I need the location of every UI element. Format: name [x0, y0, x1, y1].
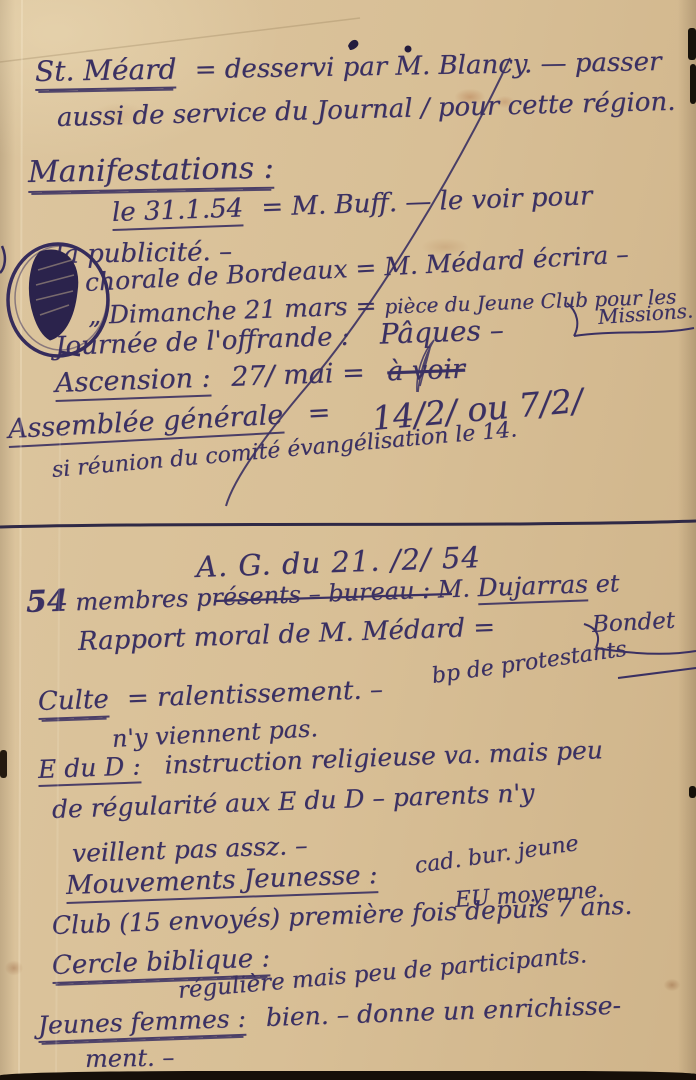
section-divider-line	[0, 521, 696, 527]
note-line-st-meard: St. Méard = desservi par M. Blancy. — pa…	[35, 45, 662, 89]
secretary-name: Dujarras	[477, 569, 588, 605]
note-culte-annotation: bp de protestants	[430, 637, 628, 689]
secretary-name-2: Bondet	[591, 608, 675, 639]
manifestations-heading: Manifestations :	[28, 152, 274, 191]
st-meard-heading: St. Méard	[35, 53, 177, 91]
trailing-dash-stroke	[618, 668, 696, 678]
note-line-edud-2: de régularité aux E du D – parents n'y	[51, 779, 534, 825]
notebook-page: St. Méard = desservi par M. Blancy. — pa…	[0, 0, 696, 1080]
note-jeunesse-annotation: cad. bur. jeune	[413, 831, 580, 879]
note-line-jeunes-femmes: Jeunes femmes : bien. – donne un enrichi…	[37, 992, 621, 1041]
note-missions: Missions.	[597, 299, 694, 329]
note-line-journal: aussi de service du Journal / pour cette…	[57, 88, 676, 134]
note-line-culte: Culte = ralentissement. –	[37, 676, 383, 718]
note-line-rapport: Rapport moral de M. Médard =	[77, 613, 495, 657]
note-line-jeunes-femmes-2: ment. –	[85, 1044, 175, 1073]
bottom-scan-edge	[0, 1071, 696, 1080]
attendance-count: 54	[25, 584, 68, 620]
paper-crease-vertical	[19, 0, 22, 1080]
